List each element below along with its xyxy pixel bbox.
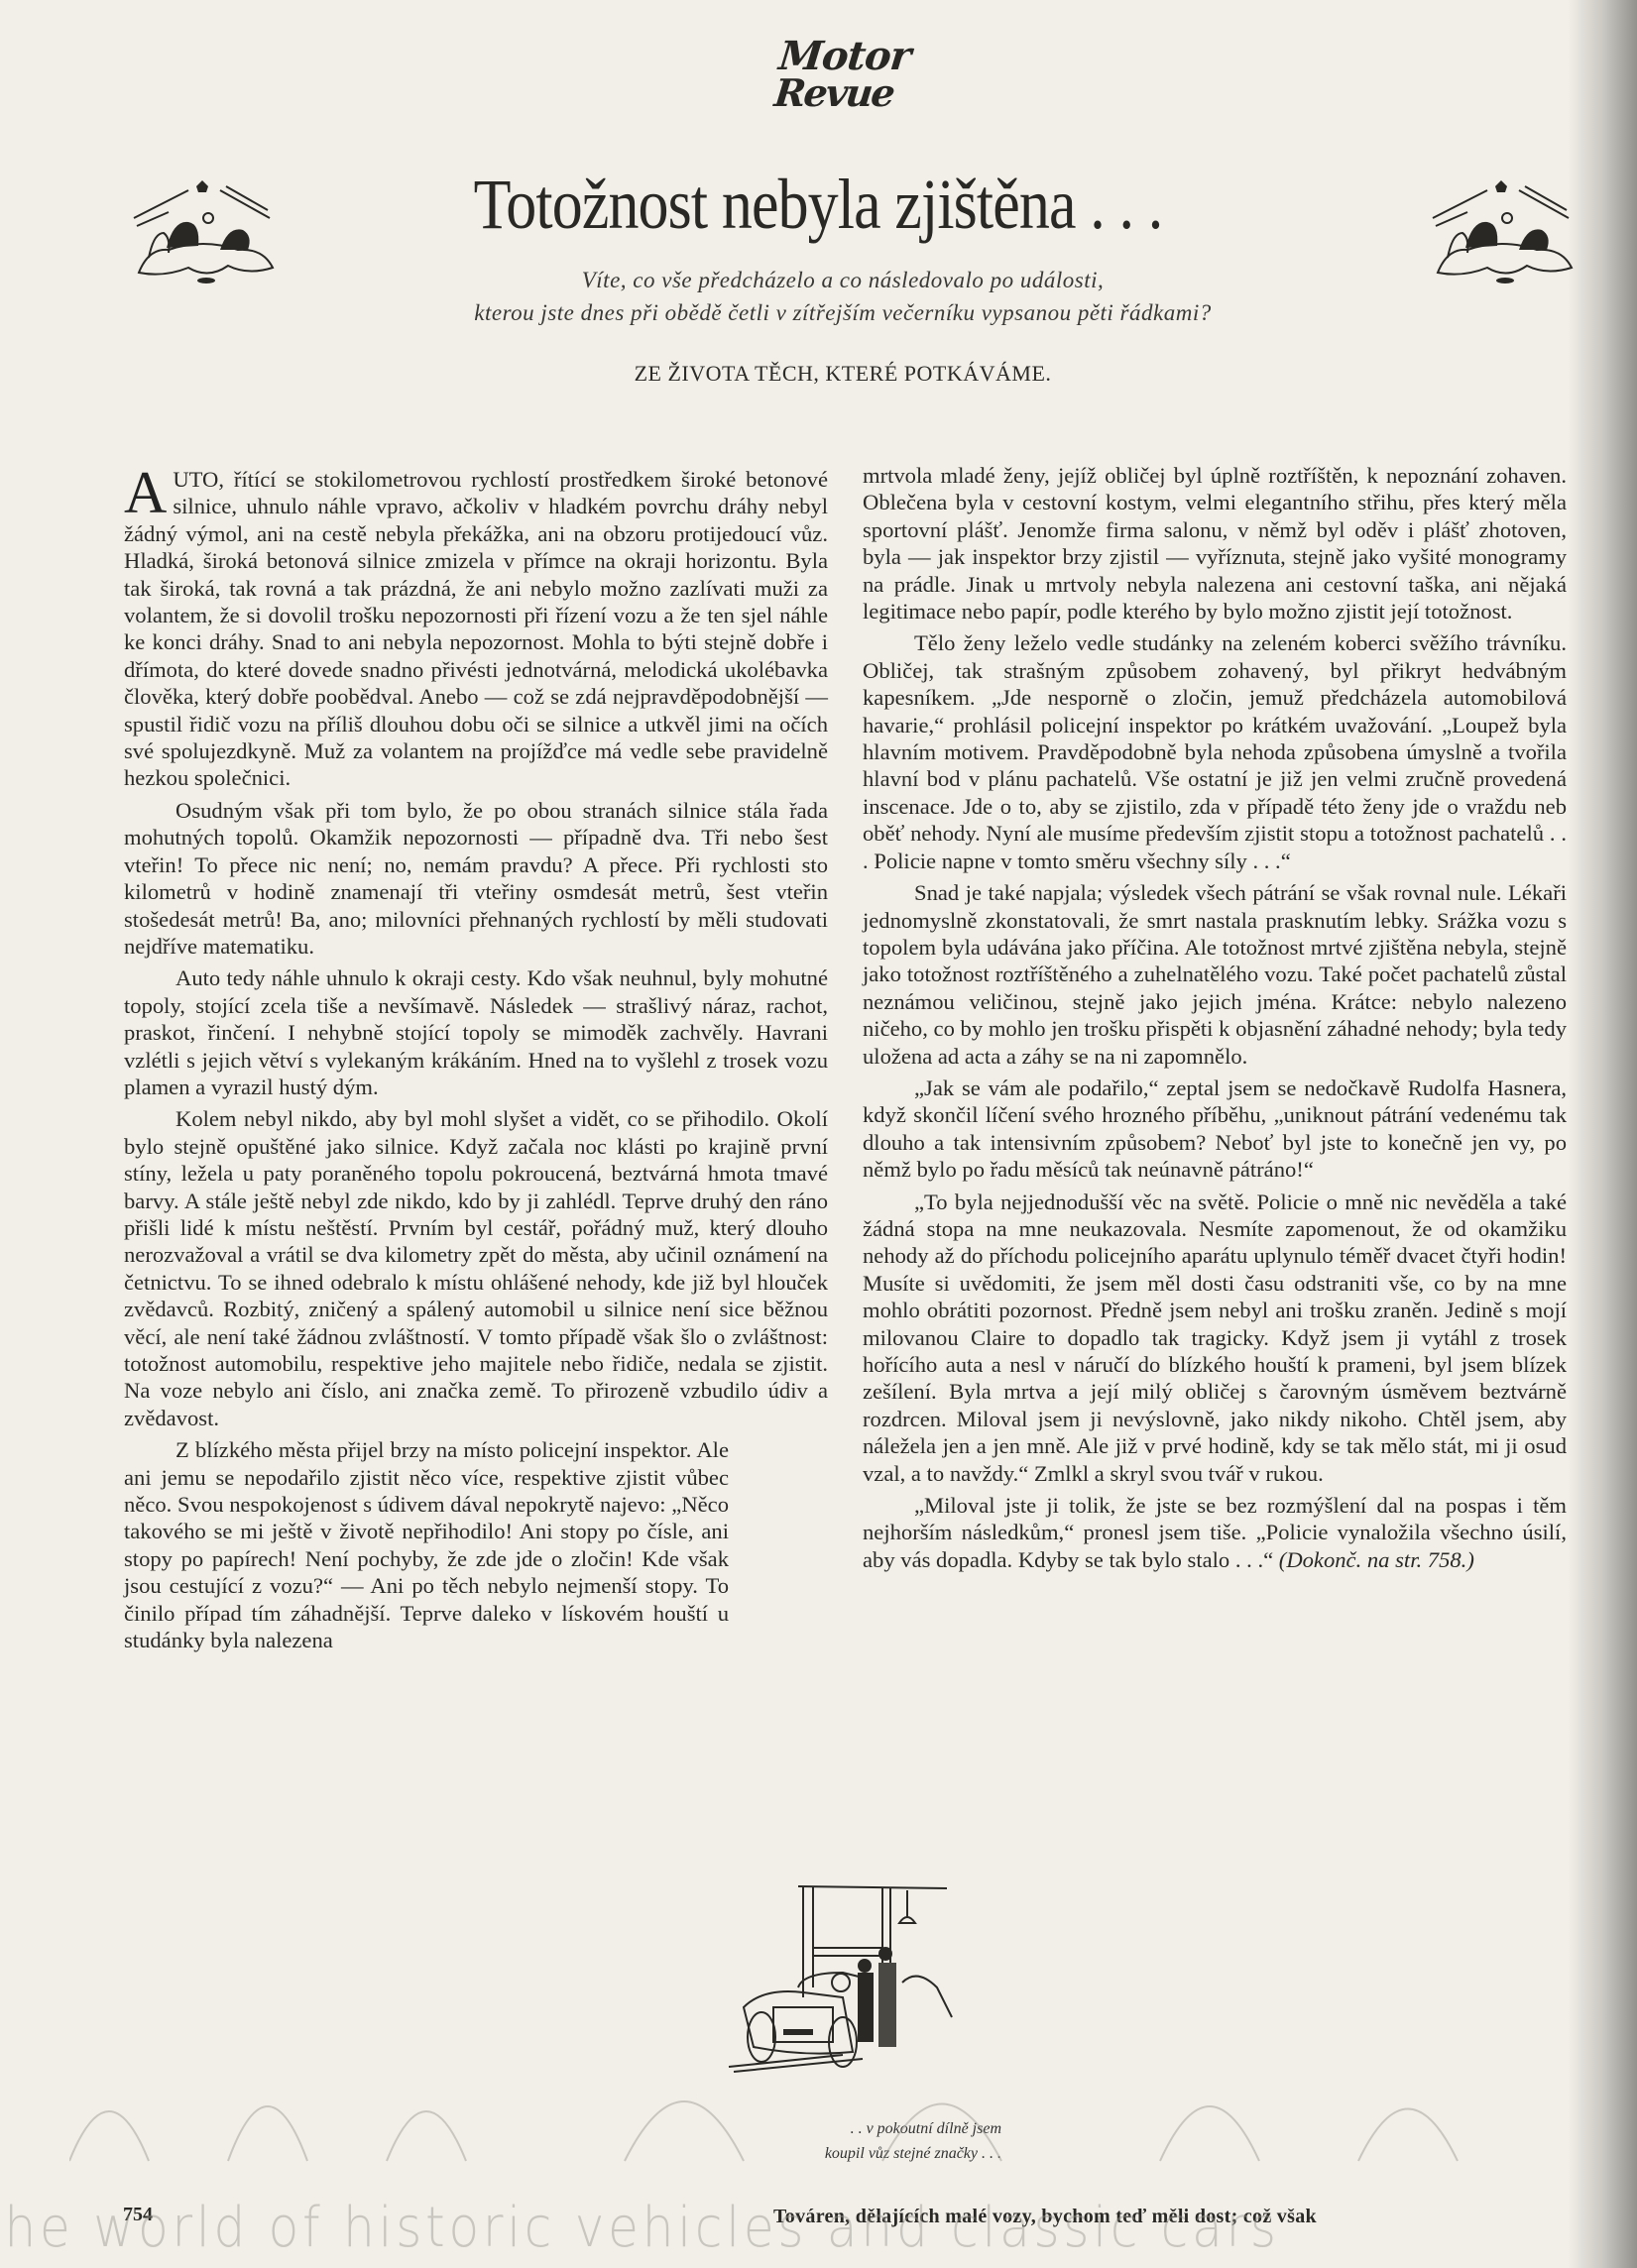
page-gutter-shadow [1568,0,1637,2268]
car-interior-vignette-icon [1428,178,1577,287]
car-interior-vignette-icon [129,178,278,287]
logo-line-revue: Revue [746,75,922,111]
paragraph: „Jak se vám ale podařilo,“ zeptal jsem s… [863,1075,1567,1184]
paragraph: Auto tedy náhle uhnulo k okraji cesty. K… [124,964,828,1100]
paragraph: „Miloval jste ji tolik, že jste se bez r… [863,1492,1567,1573]
paragraph: Kolem nebyl nikdo, aby byl mohl slyšet a… [124,1105,828,1431]
illustration-caption: . . v pokoutní dílně jsem koupil vůz ste… [704,2116,1001,2166]
paragraph: Tělo ženy leželo vedle studánky na zelen… [863,629,1567,874]
section-heading: ZE ŽIVOTA TĚCH, KTERÉ POTKÁVÁME. [397,361,1289,387]
article-subtitle: Víte, co vše předcházelo a co následoval… [297,264,1388,329]
article-column-left: AUTO, řítící se stokilometrovou rychlost… [124,466,828,1658]
page-number: 754 [123,2204,153,2226]
continuation-note: (Dokonč. na str. 758.) [1279,1547,1474,1572]
caption-line-2: koupil vůz stejné značky . . . [704,2141,1001,2166]
garage-car-illustration-icon [724,1878,972,2077]
paragraph: AUTO, řítící se stokilometrovou rychlost… [124,466,828,792]
paragraph: Snad je také napjala; výsledek všech pát… [863,879,1567,1070]
paragraph: mrtvola mladé ženy, jejíž obličej byl úp… [863,462,1567,624]
article-column-right: mrtvola mladé ženy, jejíž obličej byl úp… [863,462,1567,1578]
paragraph: „To byla nejjednodušší věc na světě. Pol… [863,1189,1567,1487]
caption-line-1: . . v pokoutní dílně jsem [704,2116,1001,2141]
paragraph-text: UTO, řítící se stokilometrovou rychlostí… [124,467,828,790]
subtitle-line-1: Víte, co vše předcházelo a co následoval… [297,264,1388,296]
drop-cap: A [124,468,167,517]
magazine-logo: Motor Revue [760,38,926,111]
subtitle-line-2: kterou jste dnes při obědě četli v zítře… [297,296,1388,329]
paragraph: Z blízkého města přijel brzy na místo po… [124,1436,729,1653]
paragraph: Osudným však při tom bylo, že po obou st… [124,797,828,960]
footer-teaser: Továren, dělajících malé vozy, bychom te… [773,2206,1317,2228]
article-title: Totožnost nebyla zjištěna . . . [371,164,1266,246]
